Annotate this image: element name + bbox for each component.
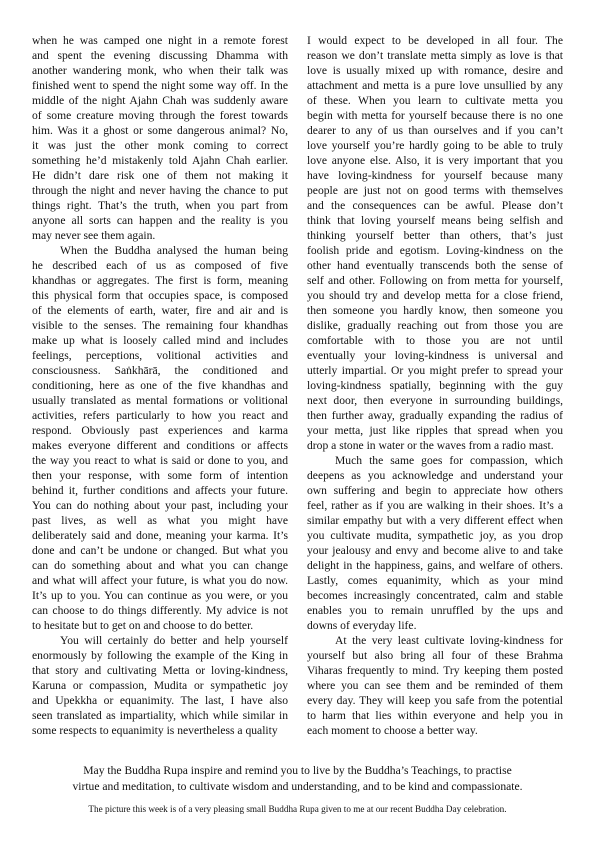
text-line: enormously by following the example of t… bbox=[32, 648, 288, 663]
text-line: dearer to any of us than ourselves and i… bbox=[307, 123, 563, 138]
text-line: delight in the happiness, gains, and wel… bbox=[307, 558, 563, 573]
text-line: love is usually mixed up with romance, d… bbox=[307, 63, 563, 78]
text-line: deepens as you acknowledge and understan… bbox=[307, 468, 563, 483]
text-line: makes everyone different and conditions … bbox=[32, 438, 288, 453]
text-line: comfortable with to those you are not un… bbox=[307, 333, 563, 348]
text-line: of the elements of earth, water, fire an… bbox=[32, 303, 288, 318]
text-line: think that loving yourself means being s… bbox=[307, 213, 563, 228]
left-text-column: when he was camped one night in a remote… bbox=[32, 33, 288, 738]
text-line: yourself but also bring all four of thes… bbox=[307, 648, 563, 663]
text-line: him. Was it a ghost or some dangerous an… bbox=[32, 123, 288, 138]
text-line: and what will affect your future, is wha… bbox=[32, 573, 288, 588]
text-line: may never see them again. bbox=[32, 228, 288, 243]
text-line: self and other. Following on from metta … bbox=[307, 273, 563, 288]
blessing-paragraph: May the Buddha Rupa inspire and remind y… bbox=[0, 763, 595, 795]
text-line: reason we don’t translate metta simply a… bbox=[307, 48, 563, 63]
text-line: can do something about and what you can … bbox=[32, 558, 288, 573]
text-line: consciousness. Saṅkhārā, the conditioned… bbox=[32, 363, 288, 378]
text-line: Karuna or compassion, Mudita or sympathe… bbox=[32, 678, 288, 693]
text-line: I would expect to be developed in all fo… bbox=[307, 33, 563, 48]
text-line: the way you react to what is said or don… bbox=[32, 453, 288, 468]
text-line: this physical form that occupies space, … bbox=[32, 288, 288, 303]
text-line: you should try and develop metta for a c… bbox=[307, 288, 563, 303]
text-line: love yourself you’re hardly going to be … bbox=[307, 138, 563, 153]
text-line: eventually your loving-kindness is unive… bbox=[307, 348, 563, 363]
text-line: middle of the night Ajahn Chah was sudde… bbox=[32, 93, 288, 108]
text-line: have loving-kindness for yourself becaus… bbox=[307, 168, 563, 183]
text-line: you cultivate mudita, sympathetic joy, a… bbox=[307, 528, 563, 543]
document-page: when he was camped one night in a remote… bbox=[0, 0, 595, 842]
text-line: next door, then everyone in surrounding … bbox=[307, 393, 563, 408]
text-line: When the Buddha analysed the human being bbox=[32, 243, 288, 258]
text-line: can choose to do things differently. My … bbox=[32, 603, 288, 618]
text-line: through the night and never having the c… bbox=[32, 183, 288, 198]
text-line: your metta, just like ripples that sprea… bbox=[307, 423, 563, 438]
text-line: thinking yourself better than others, th… bbox=[307, 228, 563, 243]
text-line: similar empathy but with a very differen… bbox=[307, 513, 563, 528]
text-line: khandhas or aggregates. The first is for… bbox=[32, 273, 288, 288]
text-line: usually translated as mental formations … bbox=[32, 393, 288, 408]
text-line: then your response, with some form of in… bbox=[32, 468, 288, 483]
text-line: when he was camped one night in a remote… bbox=[32, 33, 288, 48]
text-line: other hand eventually transcends both th… bbox=[307, 258, 563, 273]
text-line: to harm that lies within everyone and he… bbox=[307, 708, 563, 723]
text-line: past lives, as well as what you might ha… bbox=[32, 513, 288, 528]
text-line: seen translated as impartiality, which w… bbox=[32, 708, 288, 723]
text-line: utterly impartial. Or you might prefer t… bbox=[307, 363, 563, 378]
text-line: some respects to equanimity is neverthel… bbox=[32, 723, 288, 738]
text-line: people are just not on good terms with t… bbox=[307, 183, 563, 198]
text-line: then someone you hardly know, then someo… bbox=[307, 303, 563, 318]
text-line: activities, refers particularly to how y… bbox=[32, 408, 288, 423]
blessing-line: May the Buddha Rupa inspire and remind y… bbox=[0, 763, 595, 779]
right-text-column: I would expect to be developed in all fo… bbox=[307, 33, 563, 738]
text-line: he described each of us as composed of f… bbox=[32, 258, 288, 273]
text-line: another wandering monk, who when their t… bbox=[32, 63, 288, 78]
text-line: to hesitate but to get on and choose to … bbox=[32, 618, 288, 633]
text-line: Lastly, comes equanimity, which as your … bbox=[307, 573, 563, 588]
text-line: finished went to spend the night some wa… bbox=[32, 78, 288, 93]
text-line: dislike, gradually reaching out from tho… bbox=[307, 318, 563, 333]
text-line: He didn’t dare risk one of them not maki… bbox=[32, 168, 288, 183]
text-line: it was just the other monk coming to cor… bbox=[32, 138, 288, 153]
text-line: downs of everyday life. bbox=[307, 618, 563, 633]
text-line: anyone all sorts can happen and the real… bbox=[32, 213, 288, 228]
text-line: every day. They will keep you safe from … bbox=[307, 693, 563, 708]
text-line: foolish pride and egotism. Loving-kindne… bbox=[307, 243, 563, 258]
text-line: enables you to remain unruffled by the u… bbox=[307, 603, 563, 618]
text-line: feelings, perceptions, volitional activi… bbox=[32, 348, 288, 363]
text-line: feel, rather as if you are walking in th… bbox=[307, 498, 563, 513]
text-line: visible to the senses. The remaining fou… bbox=[32, 318, 288, 333]
text-line: At the very least cultivate loving-kindn… bbox=[307, 633, 563, 648]
text-line: deliberately said and done, meaning your… bbox=[32, 528, 288, 543]
text-line: loving-kindness spatially, beginning wit… bbox=[307, 378, 563, 393]
text-line: drop a stone in water or the waves from … bbox=[307, 438, 563, 453]
text-line: of these. When you learn to cultivate me… bbox=[307, 93, 563, 108]
text-line: and spent the evening discussing Dhamma … bbox=[32, 48, 288, 63]
text-line: begin with metta for yourself because th… bbox=[307, 108, 563, 123]
text-line: You can do nothing about your past, incl… bbox=[32, 498, 288, 513]
text-line: and Upekkha or equanimity. The last, I h… bbox=[32, 693, 288, 708]
text-line: of some creature moving through the fore… bbox=[32, 108, 288, 123]
text-line: your jealousy and envy and become alive … bbox=[307, 543, 563, 558]
text-line: You will certainly do better and help yo… bbox=[32, 633, 288, 648]
text-line: own suffering and begin to appreciate ho… bbox=[307, 483, 563, 498]
blessing-line: virtue and meditation, to cultivate wisd… bbox=[0, 779, 595, 795]
text-line: Viharas frequently to mind. Try keeping … bbox=[307, 663, 563, 678]
text-line: love anyone else. Also, it is very impor… bbox=[307, 153, 563, 168]
text-line: Much the same goes for compassion, which bbox=[307, 453, 563, 468]
text-line: each moment to choose a better way. bbox=[307, 723, 563, 738]
picture-caption: The picture this week is of a very pleas… bbox=[0, 803, 595, 815]
text-line: that story and cultivating Metta or lovi… bbox=[32, 663, 288, 678]
text-line: and the consequences can be awful. Pleas… bbox=[307, 198, 563, 213]
text-line: done and can’t be undone or changed. But… bbox=[32, 543, 288, 558]
text-line: make up what is loosely called mind and … bbox=[32, 333, 288, 348]
text-line: attachment and metta is a pure love unsu… bbox=[307, 78, 563, 93]
text-line: conditioning, here as one of the five kh… bbox=[32, 378, 288, 393]
text-line: respond. Obviously past experiences and … bbox=[32, 423, 288, 438]
text-line: becomes increasingly concentrated, calm … bbox=[307, 588, 563, 603]
text-line: It’s up to you. You can continue as you … bbox=[32, 588, 288, 603]
text-line: then further away, gradually expanding t… bbox=[307, 408, 563, 423]
text-line: things right. That’s the truth, when you… bbox=[32, 198, 288, 213]
text-line: something he’d mistakenly told Ajahn Cha… bbox=[32, 153, 288, 168]
text-line: where you can see them and be reminded o… bbox=[307, 678, 563, 693]
text-line: behind it, further conditions and affect… bbox=[32, 483, 288, 498]
